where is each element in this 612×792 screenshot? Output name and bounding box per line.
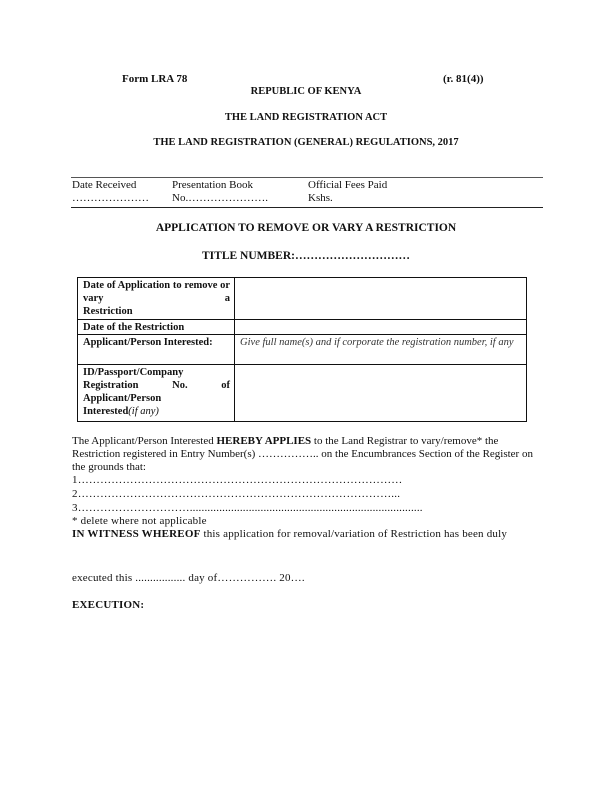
id-registration-input[interactable] <box>235 365 527 422</box>
official-fees-currency: Kshs. <box>308 192 387 205</box>
office-band-bottom-rule <box>71 207 543 208</box>
table-row: Date of the Restriction <box>78 320 527 335</box>
ground-line-3[interactable]: 3………………………….............................… <box>72 502 423 515</box>
regulations-heading: THE LAND REGISTRATION (GENERAL) REGULATI… <box>0 137 612 148</box>
official-fees-label: Official Fees Paid <box>308 179 387 192</box>
presentation-book-label: Presentation Book <box>172 179 268 192</box>
form-title: APPLICATION TO REMOVE OR VARY A RESTRICT… <box>0 222 612 234</box>
official-fees-field[interactable]: Official Fees Paid Kshs. <box>308 179 387 205</box>
execution-heading: EXECUTION: <box>72 599 144 612</box>
applicant-input[interactable]: Give full name(s) and if corporate the r… <box>235 335 527 365</box>
date-received-blank: ………………… <box>72 192 149 205</box>
date-of-restriction-input[interactable] <box>235 320 527 335</box>
application-statement: The Applicant/Person Interested HEREBY A… <box>72 435 542 474</box>
ground-line-2[interactable]: 2…………………………………………………………………………... <box>72 488 400 501</box>
delete-note: * delete where not applicable <box>72 515 207 528</box>
table-row: Date of Application to remove or vary aR… <box>78 278 527 320</box>
witness-statement: IN WITNESS WHEREOF this application for … <box>72 528 507 541</box>
application-details-table: Date of Application to remove or vary aR… <box>77 277 527 422</box>
title-number-field[interactable]: TITLE NUMBER:………………………… <box>0 250 612 262</box>
act-heading: THE LAND REGISTRATION ACT <box>0 112 612 123</box>
table-row: ID/Passport/Company Registration No. of … <box>78 365 527 422</box>
applicant-label: Applicant/Person Interested: <box>78 335 235 365</box>
date-of-application-input[interactable] <box>235 278 527 320</box>
date-of-restriction-label: Date of the Restriction <box>78 320 235 335</box>
office-band-top-rule <box>71 177 543 178</box>
presentation-book-number: No.…………………. <box>172 192 268 205</box>
presentation-book-field[interactable]: Presentation Book No.…………………. <box>172 179 268 205</box>
executed-date-line[interactable]: executed this ................. day of……… <box>72 572 305 585</box>
rule-reference: (r. 81(4)) <box>443 73 484 85</box>
form-code: Form LRA 78 <box>122 73 187 85</box>
country-heading: REPUBLIC OF KENYA <box>0 86 612 97</box>
date-of-application-label: Date of Application to remove or vary aR… <box>78 278 235 320</box>
table-row: Applicant/Person Interested: Give full n… <box>78 335 527 365</box>
ground-line-1[interactable]: 1…………………………………………………………………………… <box>72 474 403 487</box>
date-received-field[interactable]: Date Received ………………… <box>72 179 149 205</box>
id-registration-label: ID/Passport/Company Registration No. of … <box>78 365 235 422</box>
date-received-label: Date Received <box>72 179 149 192</box>
